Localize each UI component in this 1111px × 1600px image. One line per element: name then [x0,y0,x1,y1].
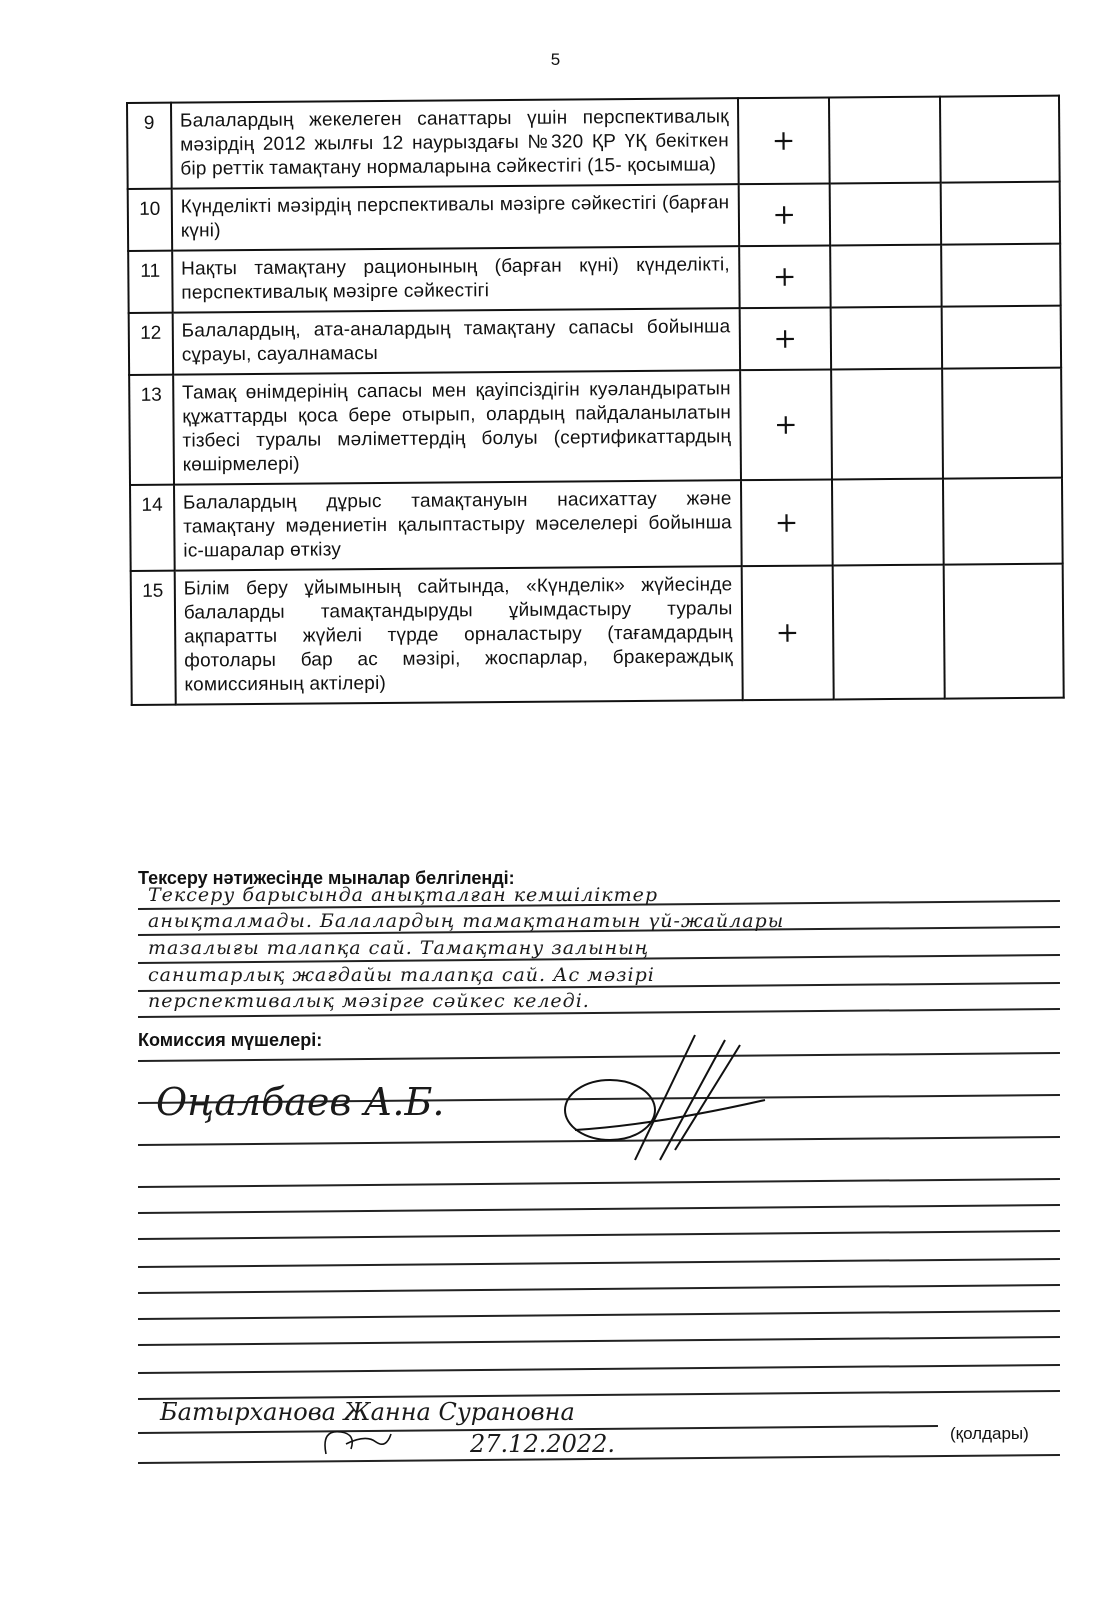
row-empty-cell [830,183,942,246]
row-number: 15 [131,571,176,705]
finding-line-4: санитарлық жағдайы талапқа сай. Ас мәзір… [148,964,655,986]
row-empty-cell [941,182,1060,245]
ruled-line [138,1310,1060,1320]
row-empty-cell [831,369,943,480]
row-mark: + [739,307,831,370]
row-criterion: Тамақ өнімдерінің сапасы мен қауіпсіздіг… [173,370,741,484]
row-empty-cell [941,244,1060,307]
table-row: 13Тамақ өнімдерінің сапасы мен қауіпсізд… [129,368,1062,485]
short-signature [316,1424,396,1464]
row-criterion: Балалардың, ата-аналардың тамақтану сапа… [172,308,739,374]
row-criterion: Білім беру ұйымының сайтында, «Күнделік»… [175,566,743,704]
row-number: 12 [129,313,173,375]
row-number: 14 [130,485,175,571]
row-number: 9 [127,103,172,189]
row-criterion: Балалардың дұрыс тамақтануын насихаттау … [174,480,741,570]
row-empty-cell [833,565,945,700]
table-row: 9Балалардың жекелеген санаттары үшін пер… [127,96,1060,189]
ruled-line [138,1178,1060,1188]
checklist-table: 9Балалардың жекелеген санаттары үшін пер… [126,95,1065,706]
ruled-line [138,1336,1060,1346]
ruled-line [138,1258,1060,1268]
row-empty-cell [829,97,941,184]
ruled-line [138,1364,1060,1374]
row-empty-cell [942,368,1062,479]
member-signature-name: Оңалбаев А.Б. [156,1080,444,1124]
table-row: 15Білім беру ұйымының сайтында, «Күнделі… [131,564,1064,705]
row-empty-cell [944,564,1064,699]
finding-line-5: перспективалық мәзірге сәйкес келеді. [148,990,590,1012]
row-mark: + [738,97,830,184]
row-empty-cell [942,306,1061,369]
row-number: 11 [128,251,172,313]
signer-name: Батырханова Жанна Сурановна [160,1398,575,1426]
signature-scribble [555,1030,785,1170]
row-mark: + [740,369,832,480]
row-empty-cell [831,307,943,370]
row-number: 10 [128,189,172,251]
table-row: 10Күнделікті мәзірдің перспективалы мәзі… [128,182,1060,251]
signatures-note: (қолдары) [950,1424,1029,1444]
ruled-line [138,1284,1060,1294]
row-number: 13 [129,375,174,485]
row-mark: + [738,183,830,246]
finding-line-1: Тексеру барысында анықталған кемшіліктер [148,884,658,906]
row-mark: + [741,565,833,700]
row-empty-cell [830,245,942,308]
page-number: 5 [0,50,1111,70]
finding-line-3: тазалығы талапқа сай. Тамақтану залының [148,937,649,959]
row-criterion: Нақты тамақтану рационының (барған күні)… [172,246,739,312]
table-row: 12Балалардың, ата-аналардың тамақтану са… [129,306,1061,375]
row-mark: + [741,479,833,566]
row-empty-cell [943,478,1063,565]
finding-line-2: анықталмады. Балалардың тамақтанатын үй-… [148,910,784,932]
ruled-line [138,1204,1060,1214]
row-mark: + [739,245,831,308]
row-criterion: Балалардың жекелеген санаттары үшін перс… [171,98,738,188]
signature-date: 27.12.2022. [470,1430,615,1458]
table-row: 14Балалардың дұрыс тамақтануын насихатта… [130,478,1063,571]
row-empty-cell [832,479,944,566]
row-empty-cell [940,96,1060,183]
table-row: 11Нақты тамақтану рационының (барған күн… [128,244,1060,313]
row-criterion: Күнделікті мәзірдің перспективалы мәзірг… [172,184,739,250]
commission-label: Комиссия мүшелері: [138,1030,322,1051]
ruled-line [138,1230,1060,1240]
